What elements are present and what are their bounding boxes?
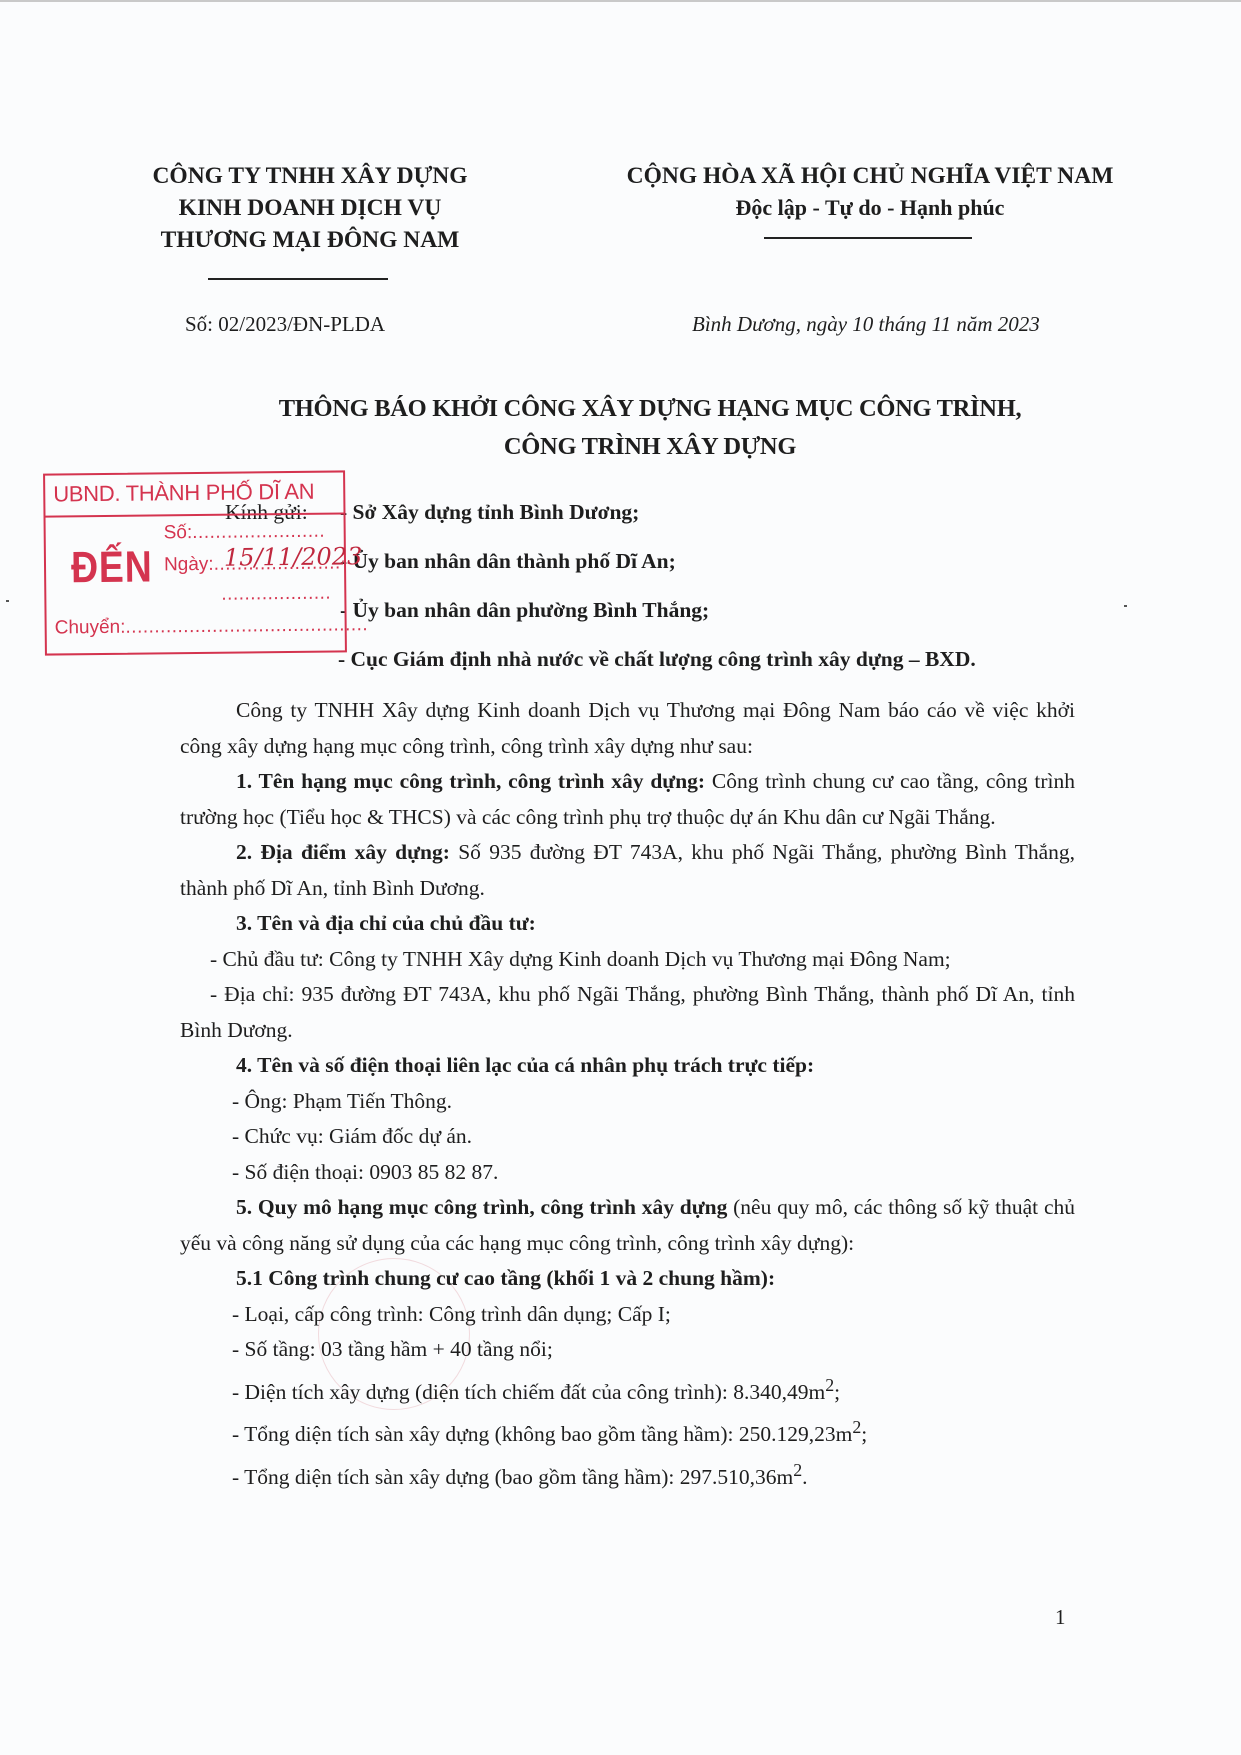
- section-1-heading: 1. Tên hạng mục công trình, công trình x…: [236, 769, 705, 793]
- addressee-list: - Sở Xây dựng tỉnh Bình Dương; - Ủy ban …: [340, 488, 976, 684]
- stamp-handwritten-date: 15/11/2023: [224, 542, 363, 571]
- scan-speck: [6, 600, 9, 602]
- section-5-1-item: - Tổng diện tích sàn xây dựng (bao gồm t…: [180, 1453, 1075, 1496]
- area-punct: .: [802, 1465, 807, 1489]
- document-number: Số: 02/2023/ĐN-PLDA: [185, 312, 385, 337]
- addressee-item: - Ủy ban nhân dân phường Bình Thắng;: [340, 586, 976, 635]
- area-text: - Tổng diện tích sàn xây dựng (không bao…: [232, 1422, 852, 1446]
- area-punct: ;: [861, 1422, 867, 1446]
- stamp-org: UBND. THÀNH PHỐ DĨ AN: [53, 479, 314, 508]
- section-5-1-item: - Diện tích xây dựng (diện tích chiếm đấ…: [180, 1368, 1075, 1411]
- page-top-edge: [0, 0, 1241, 2]
- stamp-so-label: Số:: [164, 522, 193, 543]
- section-2-heading: 2. Địa điểm xây dựng:: [236, 840, 450, 864]
- section-5-1-item: - Loại, cấp công trình: Công trình dân d…: [180, 1297, 1075, 1333]
- section-5: 5. Quy mô hạng mục công trình, công trìn…: [180, 1190, 1075, 1261]
- section-5-1-item: - Tổng diện tích sàn xây dựng (không bao…: [180, 1410, 1075, 1453]
- company-name: CÔNG TY TNHH XÂY DỰNG KINH DOANH DỊCH VỤ…: [110, 160, 510, 256]
- section-4-item: - Chức vụ: Giám đốc dự án.: [180, 1119, 1075, 1155]
- document-body: Công ty TNHH Xây dựng Kinh doanh Dịch vụ…: [180, 693, 1075, 1495]
- area-text: - Tổng diện tích sàn xây dựng (bao gồm t…: [232, 1465, 793, 1489]
- title-line-2: CÔNG TRÌNH XÂY DỰNG: [150, 428, 1150, 466]
- section-5-1-heading: 5.1 Công trình chung cư cao tầng (khối 1…: [180, 1261, 1075, 1297]
- section-4-item: - Số điện thoại: 0903 85 82 87.: [180, 1155, 1075, 1191]
- stamp-divider: [45, 512, 343, 517]
- company-underline: [208, 278, 388, 280]
- stamp-ngay-label: Ngày:: [164, 554, 214, 576]
- section-4-heading: 4. Tên và số điện thoại liên lạc của cá …: [180, 1048, 1075, 1084]
- stamp-chuyen-label: Chuyển:: [55, 617, 126, 639]
- nation-motto: Độc lập - Tự do - Hạnh phúc: [590, 192, 1150, 224]
- superscript: 2: [825, 1375, 834, 1395]
- place-date: Bình Dương, ngày 10 tháng 11 năm 2023: [692, 312, 1040, 337]
- nation-title: CỘNG HÒA XÃ HỘI CHỦ NGHĨA VIỆT NAM: [590, 160, 1150, 192]
- national-header: CỘNG HÒA XÃ HỘI CHỦ NGHĨA VIỆT NAM Độc l…: [590, 160, 1150, 224]
- stamp-label: ĐẾN: [71, 542, 153, 593]
- stamp-so-row: Số:.......................: [164, 521, 326, 545]
- document-title: THÔNG BÁO KHỞI CÔNG XÂY DỰNG HẠNG MỤC CÔ…: [150, 390, 1150, 466]
- addressee-item: - Cục Giám định nhà nước về chất lượng c…: [338, 635, 976, 684]
- page-number: 1: [1055, 1605, 1066, 1630]
- addressee-item: - Ủy ban nhân dân thành phố Dĩ An;: [340, 537, 976, 586]
- section-3-item: - Chủ đầu tư: Công ty TNHH Xây dựng Kinh…: [180, 942, 1075, 978]
- title-line-1: THÔNG BÁO KHỞI CÔNG XÂY DỰNG HẠNG MỤC CÔ…: [150, 390, 1150, 428]
- company-line-1: CÔNG TY TNHH XÂY DỰNG: [110, 160, 510, 192]
- section-5-1-item: - Số tầng: 03 tầng hầm + 40 tầng nổi;: [180, 1332, 1075, 1368]
- superscript: 2: [852, 1417, 861, 1437]
- scan-speck: [1124, 605, 1127, 607]
- superscript: 2: [793, 1460, 802, 1480]
- section-1: 1. Tên hạng mục công trình, công trình x…: [180, 764, 1075, 835]
- section-3-heading: 3. Tên và địa chỉ của chủ đầu tư:: [180, 906, 1075, 942]
- stamp-blank-row: ...................: [221, 583, 331, 606]
- area-text: - Diện tích xây dựng (diện tích chiếm đấ…: [232, 1380, 825, 1404]
- section-3-item: - Địa chỉ: 935 đường ĐT 743A, khu phố Ng…: [180, 977, 1075, 1048]
- motto-underline: [764, 237, 972, 239]
- company-line-2: KINH DOANH DỊCH VỤ: [110, 192, 510, 224]
- company-line-3: THƯƠNG MẠI ĐÔNG NAM: [110, 224, 510, 256]
- section-5-heading: 5. Quy mô hạng mục công trình, công trìn…: [236, 1195, 727, 1219]
- addressee-item: - Sở Xây dựng tỉnh Bình Dương;: [340, 488, 976, 537]
- section-4-item: - Ông: Phạm Tiến Thông.: [180, 1084, 1075, 1120]
- section-2: 2. Địa điểm xây dựng: Số 935 đường ĐT 74…: [180, 835, 1075, 906]
- area-punct: ;: [834, 1380, 840, 1404]
- intro-paragraph: Công ty TNHH Xây dựng Kinh doanh Dịch vụ…: [180, 693, 1075, 764]
- incoming-stamp: UBND. THÀNH PHỐ DĨ AN ĐẾN Số:...........…: [43, 470, 347, 655]
- stamp-chuyen-row: Chuyển:.................................…: [55, 614, 369, 639]
